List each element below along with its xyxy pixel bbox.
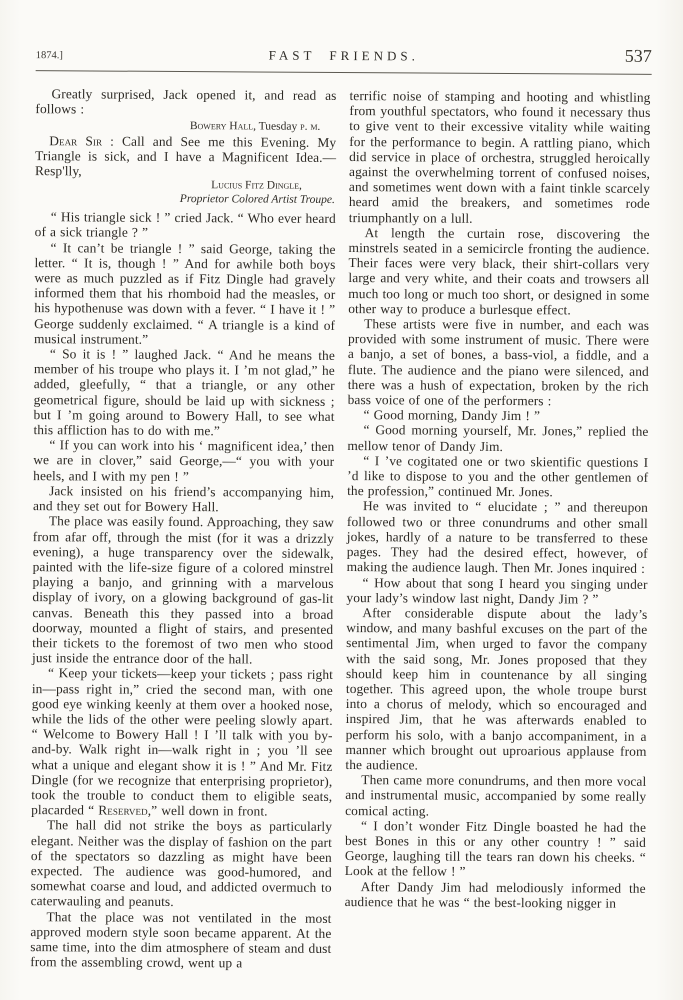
paragraph: Then came more conundrums, and then more… [345, 772, 646, 819]
running-header: 1874.] FAST FRIENDS. 537 [36, 42, 652, 67]
letter-salutation: Dear Sir : [49, 133, 114, 148]
page-content: 1874.] FAST FRIENDS. 537 Greatly surpris… [30, 42, 652, 973]
paragraph: The place was easily found. Approaching,… [32, 513, 334, 667]
letter-dateline-place: Bowery Hall, [190, 120, 256, 132]
left-column: Greatly surprised, Jack opened it, and r… [30, 86, 336, 971]
paragraph: “ Keep your tickets—keep your tickets ; … [31, 665, 333, 819]
header-page-number: 537 [625, 46, 652, 67]
paragraph: “ So it is ! ” laughed Jack. “ And he me… [33, 346, 335, 439]
letter-block: Bowery Hall, Tuesday p. m. Dear Sir : Ca… [35, 120, 337, 208]
right-column: terrific noise of stamping and hooting a… [344, 88, 650, 973]
paragraph: After considerable dispute about the lad… [345, 605, 647, 774]
reserved-smallcaps: Reserved [98, 803, 148, 818]
paragraph: The hall did not strike the boys as part… [31, 817, 333, 910]
paragraph: “ His triangle sick ! ” cried Jack. “ Wh… [35, 209, 336, 241]
paragraph: “ Good morning, Dandy Jim ! ” [348, 407, 649, 424]
paragraph: terrific noise of stamping and hooting a… [349, 88, 651, 227]
paragraph: He was invited to “ elucidate ; ” and th… [347, 499, 648, 577]
paragraph: “ Good morning yourself, Mr. Jones,” rep… [347, 423, 648, 455]
paragraph: “ If you can work into his ‘ magnificent… [33, 437, 334, 484]
letter-signature-role: Proprietor Colored Artist Troupe. [35, 192, 336, 207]
paragraph: “ How about that song I heard you singin… [346, 575, 647, 607]
text-columns: Greatly surprised, Jack opened it, and r… [30, 86, 651, 973]
book-page: 1874.] FAST FRIENDS. 537 Greatly surpris… [0, 0, 683, 1000]
header-year-label: 1874.] [36, 50, 63, 61]
letter-dateline-time: p. m. [300, 121, 320, 133]
paragraph: Greatly surprised, Jack opened it, and r… [35, 86, 336, 118]
paragraph: “ I don’t wonder Fitz Dingle boasted he … [345, 818, 646, 881]
paragraph: “ I ’ve cogitated one or two skientific … [347, 453, 648, 500]
paragraph-text: ,” well down in front. [148, 803, 268, 819]
paragraph: At length the curtain rose, discovering … [348, 225, 650, 318]
paragraph: That the place was not ventilated in the… [30, 909, 331, 972]
paragraph-text: “ Keep your tickets—keep your tickets ; … [31, 666, 333, 818]
paragraph: Jack insisted on his friend’s accompanyi… [33, 483, 334, 515]
paragraph: These artists were five in number, and e… [348, 316, 650, 409]
header-rule [36, 70, 652, 75]
letter-dateline-day: Tuesday [259, 121, 298, 133]
paragraph: After Dandy Jim had melodiously informed… [345, 879, 646, 911]
header-title: FAST FRIENDS. [269, 48, 419, 65]
paragraph: “ It can’t be triangle ! ” said George, … [34, 240, 336, 348]
letter-body: Dear Sir : Call and See me this Evening.… [35, 133, 336, 180]
